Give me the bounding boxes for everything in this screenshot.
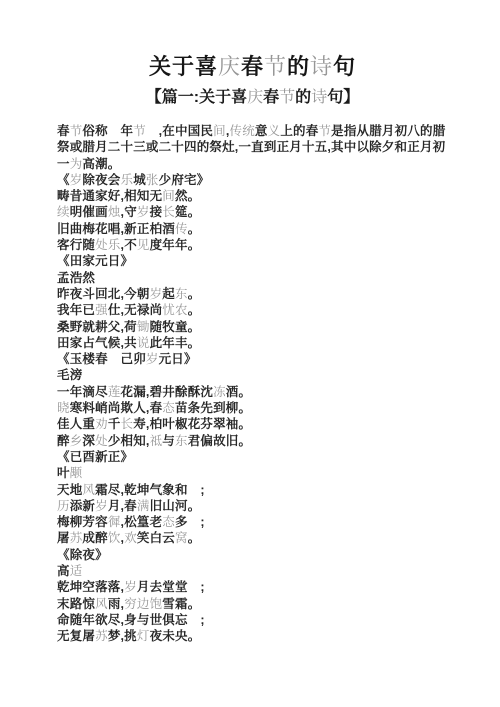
light-glyph: 岁 (95, 499, 108, 513)
light-glyph: 晓 (57, 401, 70, 415)
light-glyph: 满 (137, 499, 150, 513)
text-line: 旧曲梅花唱,新正柏酒传。 (57, 221, 448, 237)
light-glyph: 徲 (108, 515, 121, 529)
light-glyph: 锄 (137, 320, 150, 334)
section-heading: 【篇一:关于喜庆春节的诗句】 (57, 87, 448, 109)
light-glyph: 庆 (247, 89, 263, 106)
light-glyph: 传 (230, 124, 243, 138)
light-glyph: 统 (242, 124, 255, 138)
text-line: 孟浩然 (57, 270, 448, 286)
text-line: 无复屠苏梦,挑灯夜未央。 (57, 628, 448, 644)
light-glyph: 节 (133, 124, 146, 138)
light-glyph: 灯 (137, 629, 150, 643)
light-glyph: 间 (162, 189, 175, 203)
light-glyph: 为 (70, 157, 83, 171)
text-line: 《岁除夜会乐城张少府宅》 (57, 172, 448, 188)
light-glyph: 窝 (175, 531, 188, 545)
text-line: 畴昔通家好,相知无间然。 (57, 188, 448, 204)
light-glyph: 烛 (108, 205, 121, 219)
light-glyph: 处 (95, 238, 108, 252)
light-glyph: 祗 (150, 434, 163, 448)
text-line: 一年滴尽莲花漏,碧井酴酥沈冻酒。 (57, 384, 448, 400)
light-glyph: 见 (137, 238, 150, 252)
text-line: 客行随处乐,不见度年年。 (57, 237, 448, 253)
text-line: 醉乡深处少相知,祗与东君偏故旧。 (57, 433, 448, 449)
light-glyph: 东 (175, 287, 188, 301)
text-line: 毛滂 (57, 367, 448, 383)
light-glyph: 说 (137, 336, 150, 350)
light-glyph: 续 (57, 205, 70, 219)
light-glyph: 忧 (162, 303, 175, 317)
light-glyph: 东 (175, 434, 188, 448)
light-glyph: 风 (82, 483, 95, 497)
text-line: 乾坤空落落,岁月去堂堂 ; (57, 579, 448, 595)
light-glyph: 岁 (137, 205, 150, 219)
light-glyph: 诗 (310, 54, 333, 79)
text-line: 天地风霜尽,乾坤气象和 ; (57, 482, 448, 498)
text-line: 春节俗称 年节 ,在中国民间,传统意义上的春节是指从腊月初八的腊祭或腊月二十三或… (57, 123, 448, 172)
light-glyph: 庆 (218, 54, 241, 79)
text-line: 末路惊风雨,穷边饱雪霜。 (57, 596, 448, 612)
text-line: 田家占气候,共说此年丰。 (57, 335, 448, 351)
light-glyph: 欢 (124, 531, 137, 545)
light-glyph: 处 (95, 434, 108, 448)
light-glyph: 苏 (95, 629, 108, 643)
text-line: 叶颙 (57, 465, 448, 481)
text-line: 命随年欲尽,身与世俱忘 ; (57, 612, 448, 628)
light-glyph: 苏 (70, 531, 83, 545)
text-line: 续明催画烛,守岁接长筵。 (57, 204, 448, 220)
text-line: 晓寒料峭尚欺人,春态苗条先到柳。 (57, 400, 448, 416)
light-glyph: 乐 (121, 173, 134, 187)
text-line: 历添新岁月,春满旧山河。 (57, 498, 448, 514)
text-line: 佳人重劝千长寿,柏叶椒花芬翠袖。 (57, 416, 448, 432)
light-glyph: 农 (175, 303, 188, 317)
light-glyph: 适 (70, 564, 83, 578)
light-glyph: 边 (137, 597, 150, 611)
text-line: 《已酉新正》 (57, 449, 448, 465)
light-glyph: 态 (162, 401, 175, 415)
page-title: 关于喜庆春节的诗句 (57, 52, 448, 82)
light-glyph: 岁 (150, 287, 163, 301)
text-line: 我年已强仕,无禄尚忧农。 (57, 302, 448, 318)
light-glyph: 莲 (108, 385, 121, 399)
light-glyph: 穷 (124, 597, 137, 611)
light-glyph: 乐 (108, 238, 121, 252)
light-glyph: 历 (57, 499, 70, 513)
text-line: 梅柳芳容徲,松篁老态多 ; (57, 514, 448, 530)
text-line: 昨夜斗回北,今朝岁起东。 (57, 286, 448, 302)
light-glyph: 诗 (311, 89, 327, 106)
light-glyph: 间 (213, 124, 226, 138)
light-glyph: 冻 (213, 385, 226, 399)
light-glyph: 饱 (150, 597, 163, 611)
light-glyph: 强 (95, 303, 108, 317)
light-glyph: 乡 (70, 434, 83, 448)
light-glyph: 态 (162, 515, 175, 529)
light-glyph: 岁 (70, 173, 83, 187)
text-line: 《田家元日》 (57, 253, 448, 269)
light-glyph: 劝 (95, 417, 108, 431)
light-glyph: 节 (70, 124, 83, 138)
text-line: 高适 (57, 563, 448, 579)
light-glyph: 颙 (70, 466, 83, 480)
light-glyph: 饮 (108, 531, 121, 545)
light-glyph: 岁 (124, 580, 137, 594)
document-body: 春节俗称 年节 ,在中国民间,传统意义上的春节是指从腊月初八的腊祭或腊月二十三或… (57, 123, 448, 645)
light-glyph: 风 (95, 597, 108, 611)
text-line: 《除夜》 (57, 547, 448, 563)
light-glyph: 张 (146, 173, 159, 187)
document-page: 关于喜庆春节的诗句 【篇一:关于喜庆春节的诗句】 春节俗称 年节 ,在中国民间,… (0, 0, 500, 707)
light-glyph: 节 (279, 89, 295, 106)
light-glyph: 长 (162, 205, 175, 219)
text-line: 《玉楼春 己卯岁元日》 (57, 351, 448, 367)
light-glyph: 传 (175, 222, 188, 236)
light-glyph: 长 (121, 417, 134, 431)
light-glyph: 节 (264, 54, 287, 79)
light-glyph: 节 (318, 124, 331, 138)
light-glyph: 义 (268, 124, 281, 138)
light-glyph: 岁 (146, 352, 159, 366)
text-line: 屠苏成醉饮,欢笑白云窝。 (57, 530, 448, 546)
text-line: 桑野就耕父,荷锄随牧童。 (57, 319, 448, 335)
